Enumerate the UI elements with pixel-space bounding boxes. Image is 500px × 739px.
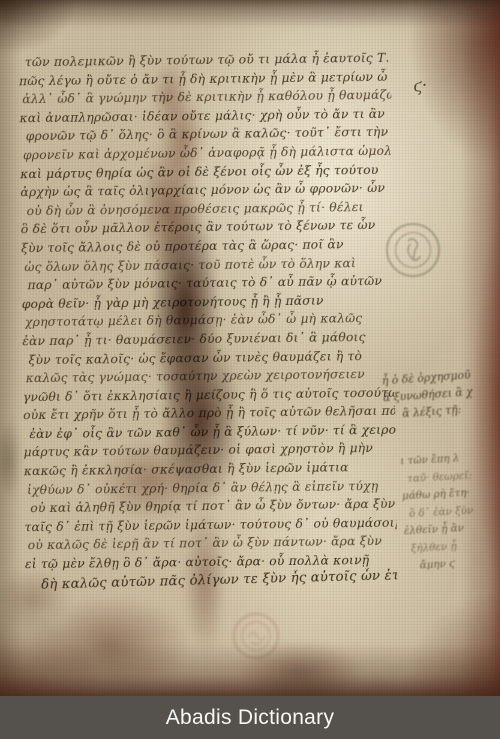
folio-signature-mark: ϛ· [412, 75, 429, 96]
margin-note-line: ἄμην ϛ [419, 554, 491, 575]
round-library-stamp-icon [231, 611, 281, 665]
dictionary-image-card: τῶν πολεμικῶν ἢ ξὺν τούτων τῷ οὔ τι μάλα… [0, 0, 500, 739]
manuscript-text-block: τῶν πολεμικῶν ἢ ξὺν τούτων τῷ οὔ τι μάλα… [19, 49, 398, 593]
caption-bar: Abadis Dictionary [0, 696, 500, 739]
right-margin-note-upper: ἦ ὁ δὲ ὀρχησμοῦ ἃ ξυνωθήσει ἃ χ ἃ λέξις … [381, 366, 484, 424]
round-library-stamp-icon [384, 221, 442, 283]
manuscript-photo: τῶν πολεμικῶν ἢ ξὺν τούτων τῷ οὔ τι μάλα… [0, 0, 500, 697]
right-margin-note-lower: ι τῶν ἔπη λ ταῦ· θεωρεῖ: μάθω ρὴ ἔτη· ὃ … [400, 449, 491, 576]
caption-label: Abadis Dictionary [166, 706, 335, 730]
